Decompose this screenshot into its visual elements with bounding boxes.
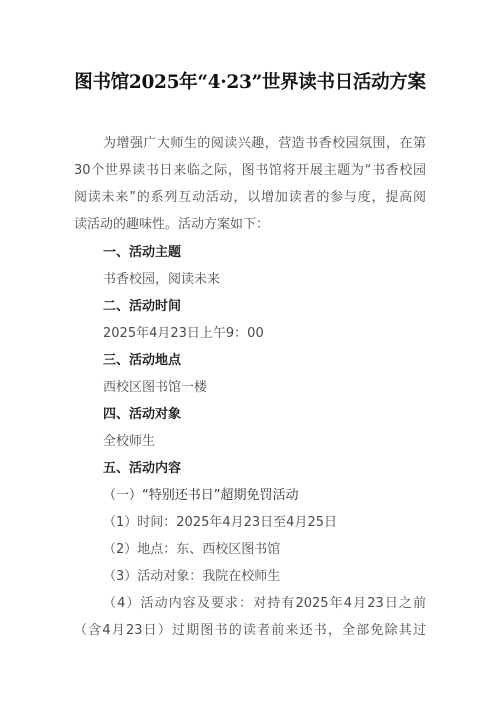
activity-1-item-requirements-line-2: （含4月23日）过期图书的读者前来还书，全部免除其过	[74, 617, 426, 644]
activity-1-item-location: （2）地点：东、西校区图书馆	[103, 536, 280, 563]
section-content-location: 西校区图书馆一楼	[103, 374, 207, 401]
section-heading-theme: 一、活动主题	[103, 239, 181, 266]
section-heading-content: 五、活动内容	[103, 455, 181, 482]
section-heading-location: 三、活动地点	[103, 347, 181, 374]
section-heading-time: 二、活动时间	[103, 293, 181, 320]
intro-line-3: 阅读未来”的系列互动活动，以增加读者的参与度，提高阅	[74, 184, 426, 211]
section-content-theme: 书香校园，阅读未来	[103, 266, 220, 293]
section-content-audience: 全校师生	[103, 428, 155, 455]
document-title: 图书馆2025年“4·23”世界读书日活动方案	[0, 68, 500, 94]
activity-1-item-requirements-line-1: （4）活动内容及要求：对持有2025年4月23日之前	[103, 590, 426, 617]
intro-line-2: 30个世界读书日来临之际，图书馆将开展主题为“书香校园	[74, 157, 426, 184]
section-heading-audience: 四、活动对象	[103, 401, 181, 428]
document-page: 图书馆2025年“4·23”世界读书日活动方案 为增强广大师生的阅读兴趣，营造书…	[0, 0, 500, 707]
section-content-time: 2025年4月23日上午9：00	[103, 320, 264, 347]
intro-line-1: 为增强广大师生的阅读兴趣，营造书香校园氛围，在第	[103, 130, 426, 157]
activity-1-item-time: （1）时间：2025年4月23日至4月25日	[103, 509, 337, 536]
activity-1-item-audience: （3）活动对象：我院在校师生	[103, 563, 280, 590]
intro-line-4: 读活动的趣味性。活动方案如下：	[74, 211, 269, 238]
activity-1-title: （一）“特别还书日”超期免罚活动	[103, 482, 298, 509]
